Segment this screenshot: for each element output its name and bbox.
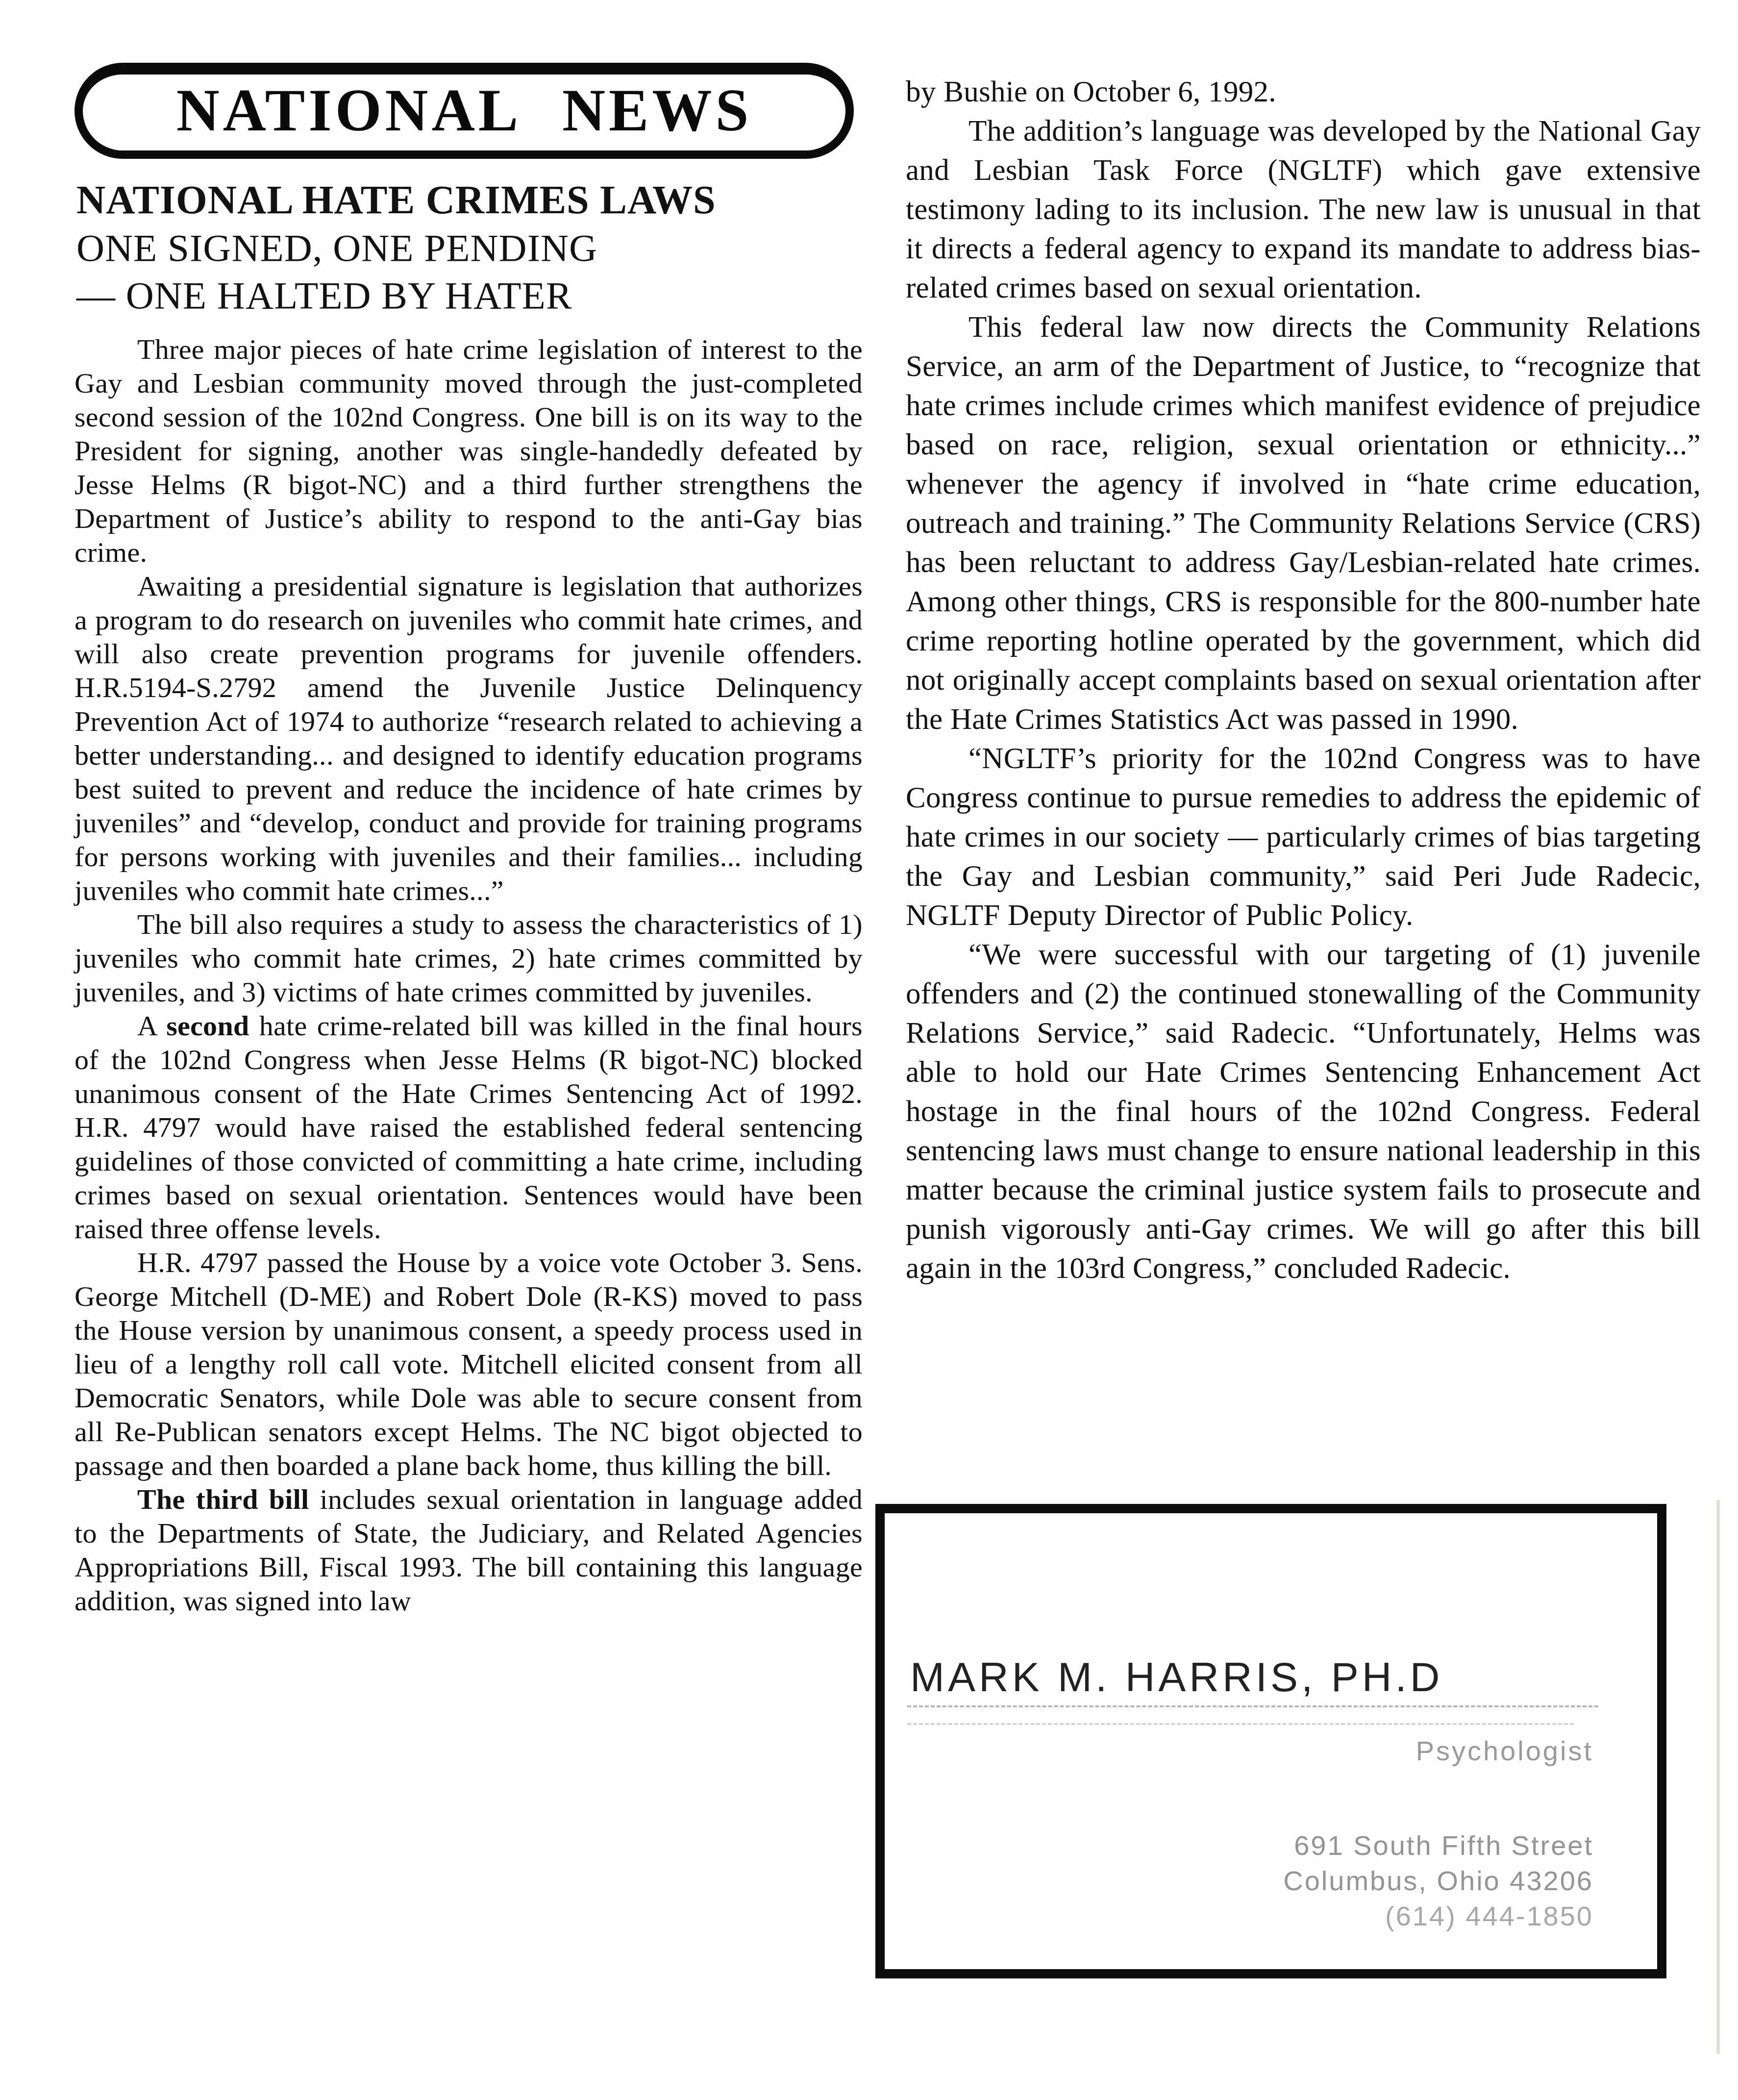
section-banner-title: NATIONAL NEWS xyxy=(176,76,752,145)
paragraph: “NGLTF’s priority for the 102nd Congress… xyxy=(906,739,1701,935)
scan-edge-artifact xyxy=(1716,1500,1720,2054)
card-divider-rule-2 xyxy=(907,1723,1574,1725)
paragraph: A second hate crime-related bill was kil… xyxy=(74,1009,863,1246)
card-address-street: 691 South Fifth Street xyxy=(1283,1828,1593,1863)
card-address: 691 South Fifth Street Columbus, Ohio 43… xyxy=(1283,1828,1593,1934)
card-divider-rule xyxy=(907,1705,1598,1707)
headline-line-1: NATIONAL HATE CRIMES LAWS xyxy=(76,175,863,225)
business-card-ad: MARK M. HARRIS, PH.D Psychologist 691 So… xyxy=(875,1504,1666,1978)
paragraph: The addition’s language was developed by… xyxy=(906,112,1701,308)
paragraph: “We were successful with our targeting o… xyxy=(906,935,1701,1288)
newsletter-page: NATIONAL NEWS NATIONAL HATE CRIMES LAWS … xyxy=(0,0,1738,2100)
paragraph: Three major pieces of hate crime legisla… xyxy=(74,332,863,569)
card-name: MARK M. HARRIS, PH.D xyxy=(910,1653,1443,1701)
article-column-2: by Bushie on October 6, 1992.The additio… xyxy=(906,73,1701,1288)
left-column: NATIONAL NEWS NATIONAL HATE CRIMES LAWS … xyxy=(74,63,863,1618)
paragraph: This federal law now directs the Communi… xyxy=(906,308,1701,739)
card-profession: Psychologist xyxy=(1416,1735,1593,1767)
article-column-1: Three major pieces of hate crime legisla… xyxy=(74,332,863,1618)
article-headline: NATIONAL HATE CRIMES LAWS ONE SIGNED, ON… xyxy=(76,175,863,320)
paragraph: H.R. 4797 passed the House by a voice vo… xyxy=(74,1246,863,1482)
section-banner: NATIONAL NEWS xyxy=(74,63,854,159)
headline-line-2: ONE SIGNED, ONE PENDING xyxy=(76,225,863,272)
headline-line-3: — ONE HALTED BY HATER xyxy=(76,272,863,320)
paragraph: by Bushie on October 6, 1992. xyxy=(906,73,1701,112)
right-column: by Bushie on October 6, 1992.The additio… xyxy=(906,73,1701,1288)
card-phone: (614) 444-1850 xyxy=(1283,1899,1593,1934)
card-address-city: Columbus, Ohio 43206 xyxy=(1283,1863,1593,1899)
paragraph: The bill also requires a study to assess… xyxy=(74,907,863,1009)
paragraph: Awaiting a presidential signature is leg… xyxy=(74,569,863,907)
paragraph: The third bill includes sexual orientati… xyxy=(74,1482,863,1618)
